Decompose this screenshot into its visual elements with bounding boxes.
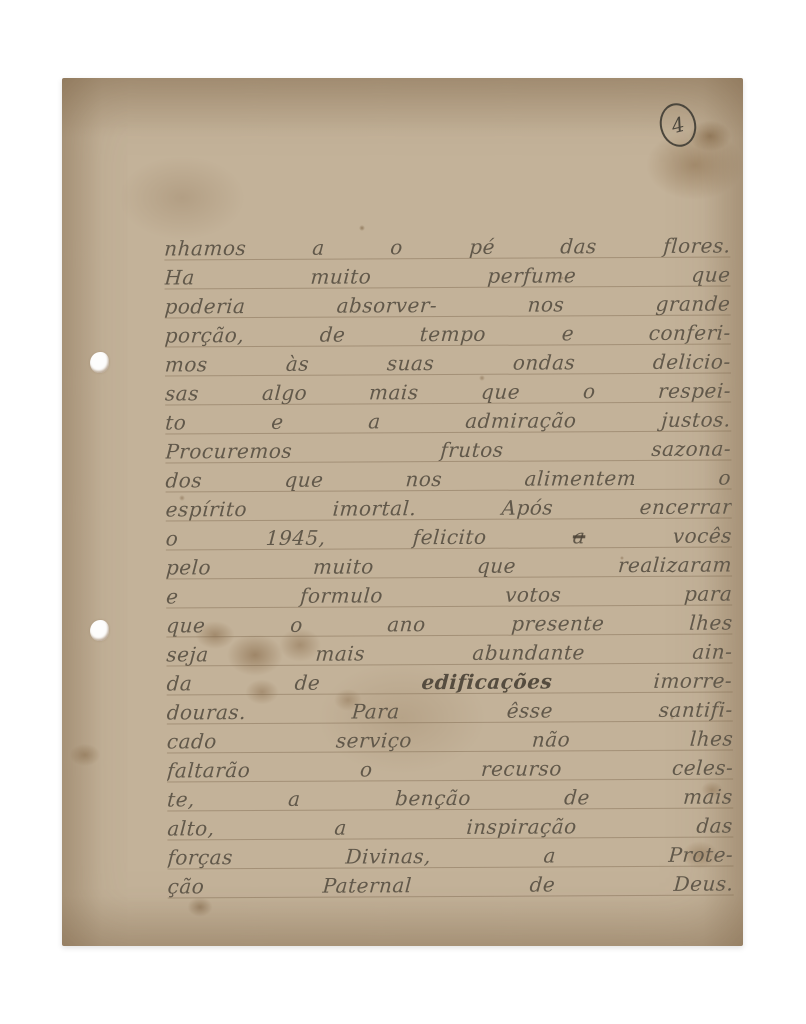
handwriting-word: douras. xyxy=(166,698,247,727)
handwriting-word: Procuremos xyxy=(164,437,293,467)
handwriting-word: e xyxy=(270,408,284,437)
handwriting-word: mos xyxy=(164,350,208,379)
handwriting-word: benção xyxy=(394,784,472,813)
punch-hole-bottom xyxy=(90,620,109,641)
handwriting-word: 1945, xyxy=(265,524,327,553)
handwriting-word: para xyxy=(683,580,733,609)
handwriting-word: a xyxy=(572,522,586,551)
handwriting-word: a xyxy=(288,785,302,814)
handwriting-line: pelomuitoquerealizaram xyxy=(166,551,732,583)
handwriting-word: porção, xyxy=(164,321,245,350)
handwriting-word: ondas xyxy=(512,348,576,377)
handwriting-word: e xyxy=(560,319,574,348)
handwriting-word: da xyxy=(166,669,194,698)
handwriting-word: não xyxy=(531,725,571,754)
handwriting-word: mais xyxy=(683,783,734,812)
handwriting-word: o xyxy=(289,611,303,640)
handwriting-word: flores. xyxy=(662,232,731,261)
handwriting-line: çãoPaternaldeDeus. xyxy=(168,870,734,902)
handwriting-line: Hamuitoperfumeque xyxy=(164,261,730,293)
handwriting-word: a xyxy=(333,814,347,843)
handwriting-word: felicito xyxy=(411,523,487,552)
handwriting-word: respei- xyxy=(657,377,732,406)
handwriting-word: ano xyxy=(387,610,427,639)
handwriting-line: toeaadmiraçãojustos. xyxy=(165,406,731,438)
handwriting-line: sasalgomaisqueorespei- xyxy=(165,377,731,409)
handwriting-word: lhes xyxy=(688,609,733,638)
handwriting-word: tempo xyxy=(419,320,487,349)
handwriting-word: pelo xyxy=(165,553,212,582)
handwriting-word: grande xyxy=(655,290,732,319)
handwriting-word: o xyxy=(390,233,404,262)
handwriting-line: dadeedificaçõesimorre- xyxy=(167,667,733,699)
handwriting-word: nhamos xyxy=(164,234,247,263)
handwriting-word: realizaram xyxy=(617,551,733,581)
handwriting-word: às xyxy=(285,350,310,379)
handwriting-word: a xyxy=(543,841,557,870)
handwriting-word: muito xyxy=(312,552,375,581)
handwriting-word: o xyxy=(359,755,373,784)
handwriting-word: perfume xyxy=(486,261,577,290)
handwriting-word: inspiração xyxy=(466,812,578,842)
handwriting-word: dos xyxy=(165,466,203,495)
handwriting-word: Ha xyxy=(164,263,196,292)
handwriting-word: alimentem xyxy=(524,464,638,494)
handwriting-line: faltarãoorecursoceles- xyxy=(167,754,733,786)
handwriting-word: suas xyxy=(386,349,435,378)
page-number-circle: 4 xyxy=(655,99,701,150)
handwriting-word: ção xyxy=(167,872,206,901)
handwriting-word: abundante xyxy=(472,638,586,668)
handwriting-word: a xyxy=(367,407,381,436)
handwriting-word: alto, xyxy=(166,814,215,843)
handwriting-word: sazona- xyxy=(651,435,733,464)
handwriting-word: que xyxy=(284,466,325,495)
handwriting-word: faltarão xyxy=(166,756,251,785)
handwriting-word: santifi- xyxy=(658,696,734,725)
handwriting-word: que xyxy=(480,378,521,407)
handwriting-word: que xyxy=(165,611,206,640)
handwriting-line: alto,ainspiraçãodas xyxy=(167,812,733,844)
handwriting-line: Procuremosfrutossazona- xyxy=(165,435,731,467)
handwriting-line: forçasDivinas,aProte- xyxy=(167,841,733,873)
handwriting-word: te, xyxy=(166,785,196,814)
letter-page: 4 nhamosaopédasflores.Hamuitoperfumequep… xyxy=(62,78,743,946)
handwriting-word: presente xyxy=(510,609,605,638)
handwriting-line: sejamaisabundanteain- xyxy=(166,638,732,670)
handwriting-word: votos xyxy=(505,580,563,609)
handwriting-line: mosàssuasondasdelicio- xyxy=(165,348,731,380)
handwriting-word: muito xyxy=(310,262,373,291)
handwriting-line: cadoserviçonãolhes xyxy=(167,725,733,757)
handwriting-line: queoanopresentelhes xyxy=(166,609,732,641)
handwriting-word: o xyxy=(165,524,179,553)
handwriting-word: forças xyxy=(167,843,234,872)
handwriting-word: celes- xyxy=(671,754,734,783)
handwriting-word: justos. xyxy=(661,406,732,435)
handwriting-word: das xyxy=(696,812,734,841)
handwriting-word: mais xyxy=(315,639,366,668)
handwriting-word: recurso xyxy=(481,754,564,783)
handwriting-word: o xyxy=(718,464,732,493)
handwriting-line: porção,detempoeconferi- xyxy=(165,319,731,351)
handwriting-word: to xyxy=(164,408,187,437)
handwriting-word: conferi- xyxy=(648,319,732,348)
handwriting-word: poderia xyxy=(164,292,246,321)
handwriting-word: frutos xyxy=(439,436,504,465)
handwriting-word: das xyxy=(560,232,598,261)
handwriting-word: pé xyxy=(468,233,496,262)
handwriting-word: de xyxy=(529,870,557,899)
page-number: 4 xyxy=(669,112,687,138)
handwriting-word: nos xyxy=(405,465,444,494)
handwriting-word: admiração xyxy=(465,406,578,436)
handwriting-word: Prote- xyxy=(668,841,734,870)
punch-hole-top xyxy=(90,352,109,373)
handwriting-word: delicio- xyxy=(652,348,732,377)
handwriting-word: encerrar xyxy=(638,493,732,522)
handwriting-word: formulo xyxy=(300,581,385,610)
handwriting-word: que xyxy=(476,552,517,581)
handwriting-word: de xyxy=(293,669,321,698)
handwriting-word: que xyxy=(691,261,732,290)
handwriting-word: imorre- xyxy=(653,667,733,696)
handwriting-word: vocês xyxy=(672,522,733,551)
handwriting-line: te,abençãodemais xyxy=(167,783,733,815)
handwriting-line: dosquenosalimentemo xyxy=(165,464,731,496)
handwriting-word: mais xyxy=(368,378,419,407)
handwriting-line: espíritoimortal.Apósencerrar xyxy=(166,493,732,525)
handwriting-word: imortal. xyxy=(332,494,418,523)
handwriting-line: nhamosaopédasflores. xyxy=(164,232,730,264)
handwriting-word: seja xyxy=(166,640,210,669)
scan-background: 4 nhamosaopédasflores.Hamuitoperfumequep… xyxy=(0,0,806,1024)
handwriting-word: nos xyxy=(527,290,566,319)
handwriting-word: algo xyxy=(261,379,308,408)
handwriting-word: espírito xyxy=(165,495,248,524)
handwriting-word: o xyxy=(582,377,596,406)
handwriting-word: de xyxy=(318,321,346,350)
handwriting-word: absorver- xyxy=(336,291,438,321)
handwriting-word: cado xyxy=(166,727,218,756)
handwriting-word: Após xyxy=(501,493,554,522)
handwriting-line: poderiaabsorver-nosgrande xyxy=(165,290,731,322)
handwriting-word: Para xyxy=(351,697,401,726)
handwriting-word: lhes xyxy=(689,725,734,754)
handwriting-line: o1945,felicitoavocês xyxy=(166,522,732,554)
handwriting-word: Deus. xyxy=(673,870,734,899)
handwriting-line: douras.Paraêssesantifi- xyxy=(167,696,733,728)
handwriting-word: ain- xyxy=(692,638,734,667)
handwriting-word: Divinas, xyxy=(345,842,432,871)
handwriting-word: de xyxy=(563,783,591,812)
handwriting-word: sas xyxy=(164,379,200,408)
handwriting-block: nhamosaopédasflores.Hamuitoperfumequepod… xyxy=(164,232,733,902)
handwriting-word: êsse xyxy=(505,696,553,725)
handwriting-word: Paternal xyxy=(322,871,413,900)
handwriting-line: eformulovotospara xyxy=(166,580,732,612)
handwriting-word: e xyxy=(165,582,179,611)
handwriting-word: edificações xyxy=(421,667,554,697)
handwriting-word: serviço xyxy=(335,726,413,755)
handwriting-word: a xyxy=(311,234,325,263)
